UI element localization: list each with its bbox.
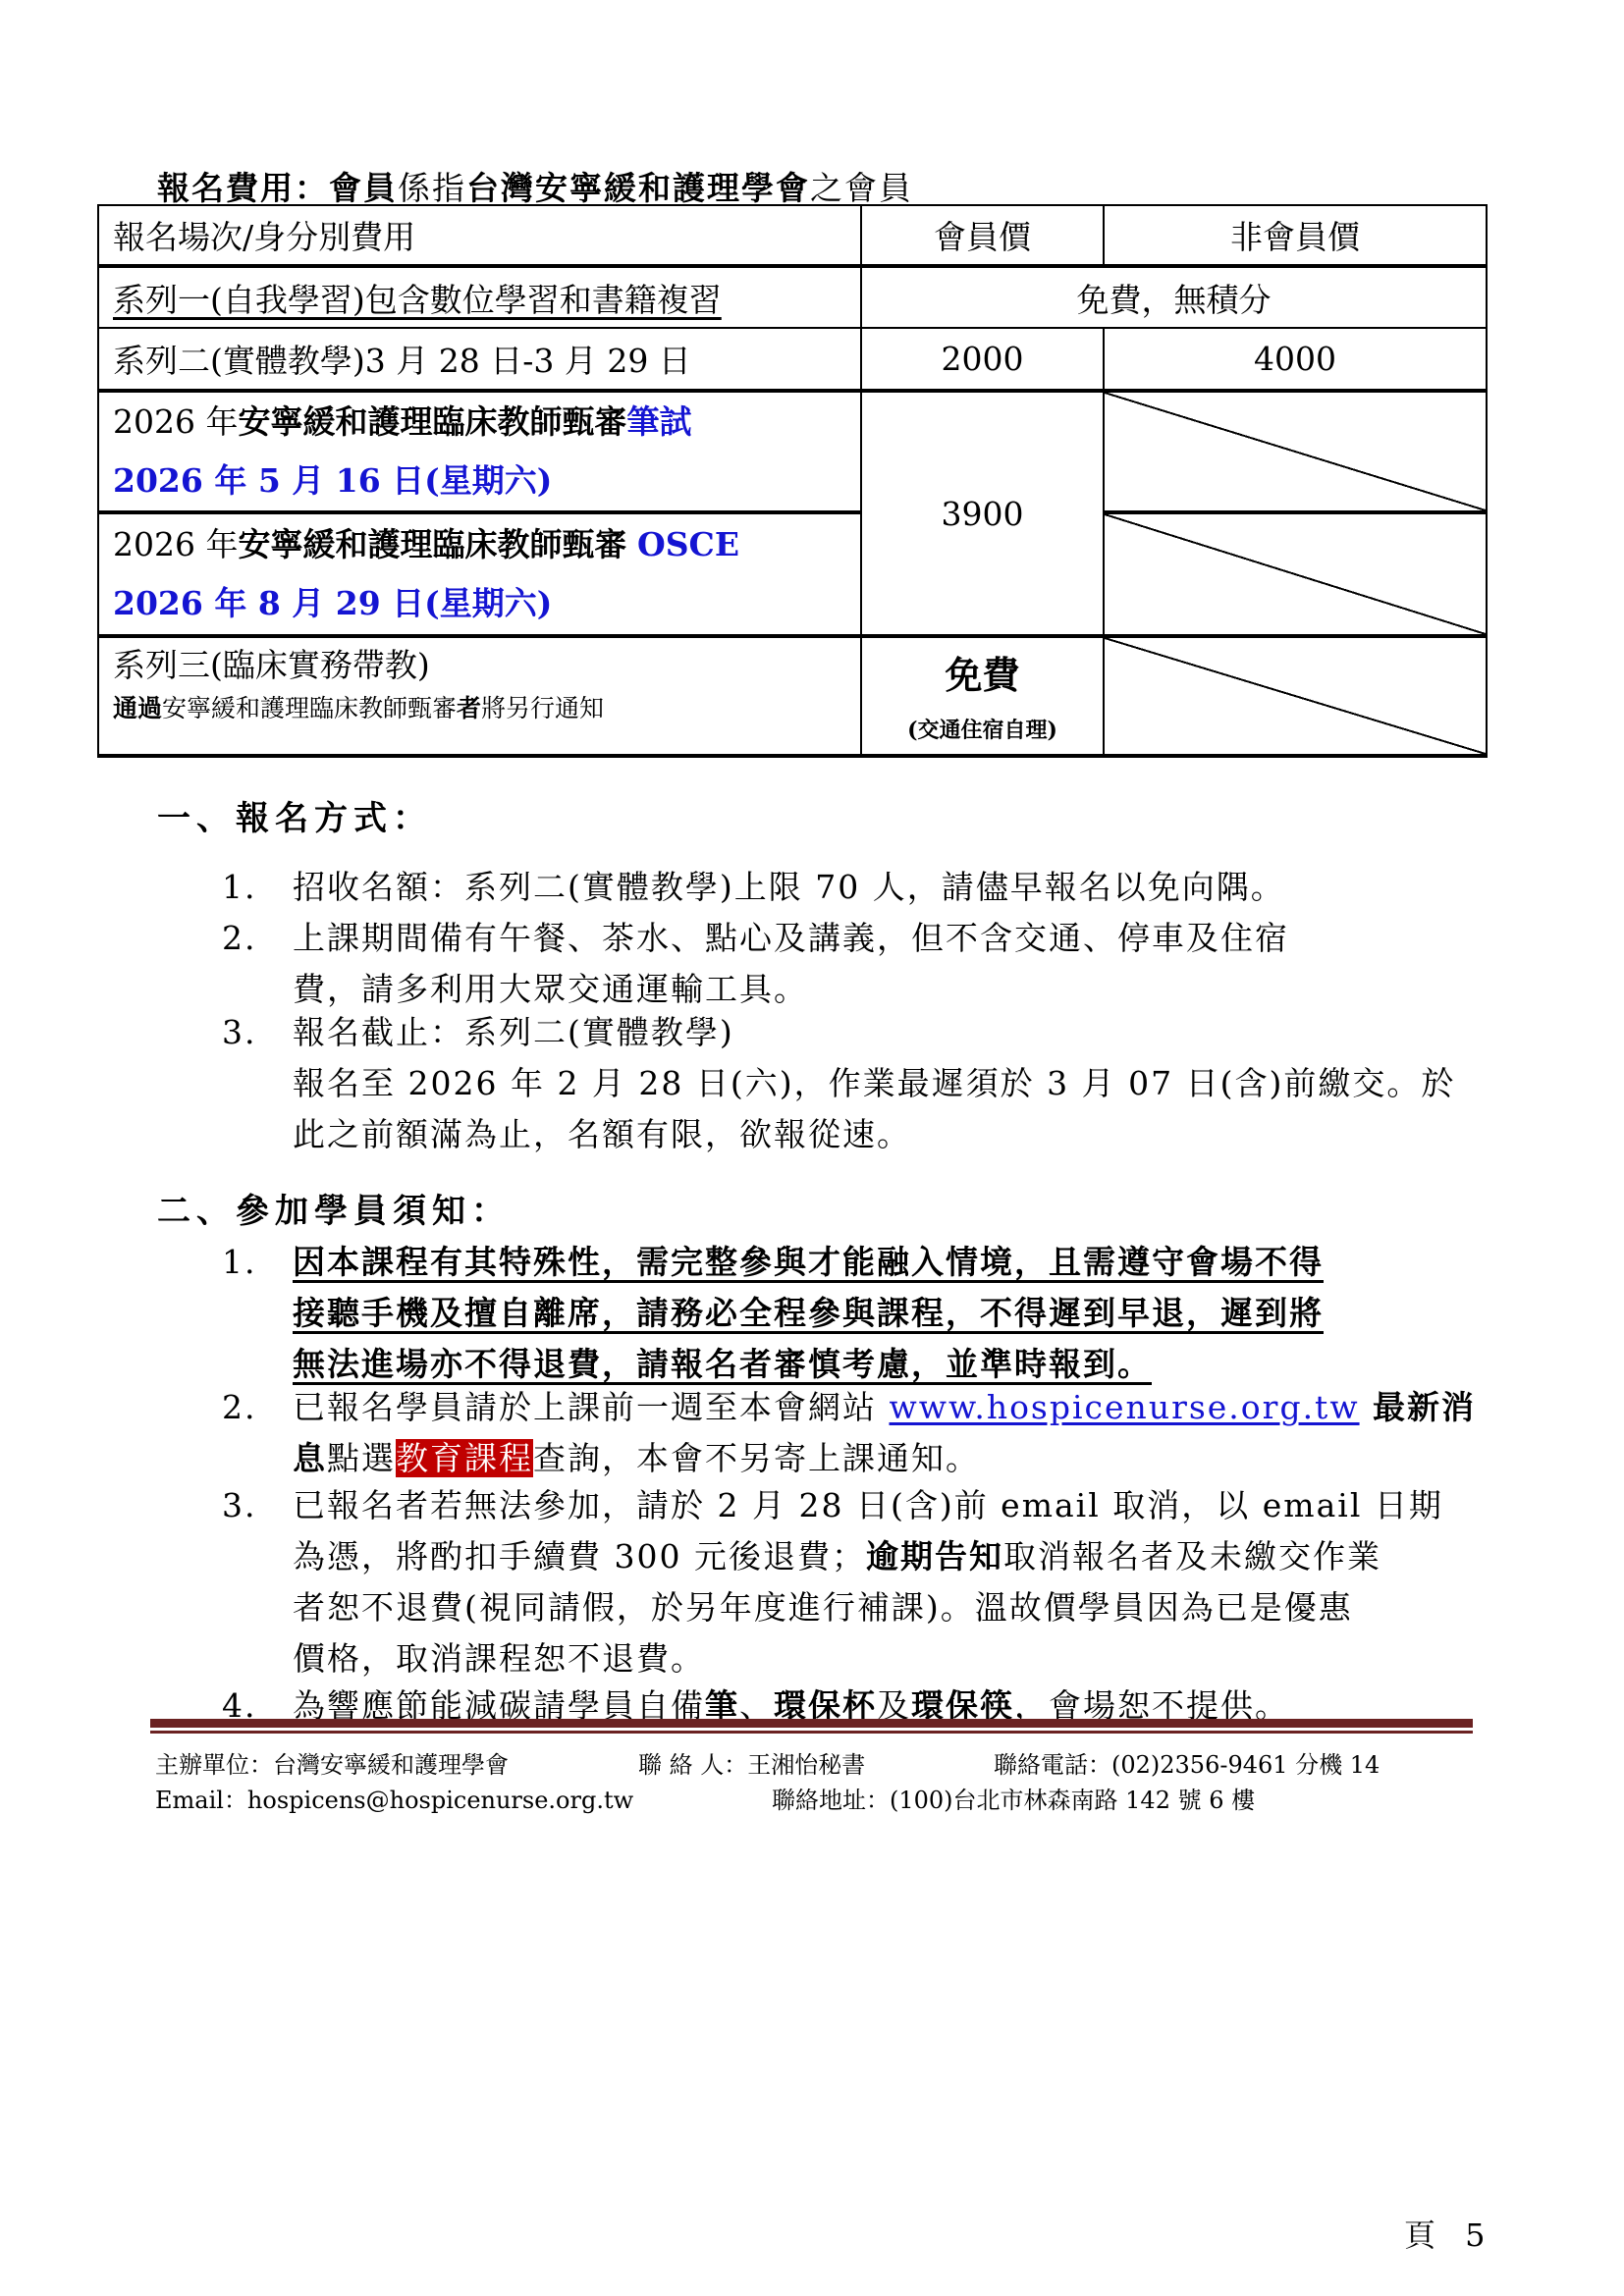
item-number: 3. (222, 1007, 257, 1058)
fee-title-mid: 係指 (398, 169, 466, 207)
fee-title-tail: 之會員 (810, 169, 913, 207)
exam-written-name: 安寧緩和護理臨床教師甄審 (238, 402, 626, 441)
table-row-exam-osce: 2026 年安寧緩和護理臨床教師甄審 OSCE 2026 年 8 月 29 日(… (98, 512, 1487, 636)
fee-title: 報名費用：會員係指台灣安寧緩和護理學會之會員 (157, 163, 913, 209)
footer-rule-thick (150, 1719, 1473, 1728)
item-text-line1: 報名截止：系列二(實體教學) (293, 1007, 734, 1058)
item-text-line2: 報名至 2026 年 2 月 28 日(六)，作業最遲須於 3 月 07 日(含… (293, 1058, 1455, 1109)
series2-non-member-price: 4000 (1104, 328, 1487, 391)
table-header-row: 報名場次/身分別費用 會員價 非會員價 (98, 205, 1487, 266)
footer-rule-thin (150, 1731, 1473, 1734)
series3-non-member-na (1104, 636, 1487, 756)
header-non-member-price: 非會員價 (1104, 205, 1487, 266)
item-text-line1: 上課期間備有午餐、茶水、點心及講義，但不含交通、停車及住宿 (293, 913, 1289, 964)
series3-note: 通過安寧緩和護理臨床教師甄審者將另行通知 (113, 689, 846, 728)
item-number: 1. (222, 1237, 257, 1288)
table-row-series2: 系列二(實體教學)3 月 28 日-3 月 29 日 2000 4000 (98, 328, 1487, 391)
footer-contact-person: 聯 絡 人：王湘怡秘書 (638, 1745, 865, 1780)
item3-line2-post: 取消報名者及未繳交作業 (1003, 1537, 1381, 1575)
exam-osce-title: 2026 年安寧緩和護理臨床教師甄審 OSCE (113, 515, 846, 574)
series1-price: 免費，無積分 (861, 266, 1487, 328)
exam-written-title: 2026 年安寧緩和護理臨床教師甄審筆試 (113, 393, 846, 452)
exam-osce-type: OSCE (637, 525, 739, 563)
item-number: 3. (222, 1480, 257, 1531)
exam-osce-year: 2026 年 (113, 525, 238, 563)
series3-note-mid: 安寧緩和護理臨床教師甄審 (162, 694, 457, 722)
footer-address: 聯絡地址：(100)台北市林森南路 142 號 6 樓 (772, 1781, 1255, 1815)
footer-organizer: 主辦單位：台灣安寧緩和護理學會 (155, 1745, 509, 1780)
section2-item-2: 2. 已報名學員請於上課前一週至本會網站 www.hospicenurse.or… (222, 1382, 1498, 1484)
website-link[interactable]: www.hospicenurse.org.tw (890, 1388, 1360, 1426)
item-text-line1: 已報名者若無法參加，請於 2 月 28 日(含)前 email 取消，以 ema… (293, 1480, 1443, 1531)
education-course-highlight: 教育課程 (396, 1439, 533, 1477)
fee-title-org: 台灣安寧緩和護理學會 (466, 169, 810, 207)
item2-mid: 點選 (327, 1439, 396, 1477)
exam-osce-non-member-na (1104, 512, 1487, 636)
series3-note-bold2: 者 (457, 694, 481, 722)
table-row-series1: 系列一(自我學習)包含數位學習和書籍複習 免費，無積分 (98, 266, 1487, 328)
item2-post: 查詢，本會不另寄上課通知。 (533, 1439, 980, 1477)
item-text-line2: 息點選教育課程查詢，本會不另寄上課通知。 (293, 1433, 980, 1484)
series2-member-price: 2000 (861, 328, 1104, 391)
item2-bold1: 最新消 (1360, 1388, 1477, 1426)
item-number: 2. (222, 913, 257, 964)
item-text-line1: 因本課程有其特殊性，需完整參與才能融入情境，且需遵守會場不得 (293, 1237, 1324, 1288)
series2-label: 系列二(實體教學)3 月 28 日-3 月 29 日 (98, 328, 861, 391)
exam-written-type: 筆試 (626, 402, 691, 441)
exam-written-date: 2026 年 5 月 16 日(星期六) (113, 452, 846, 510)
footer-email: Email：hospicens@hospicenurse.org.tw (155, 1781, 633, 1815)
exam-written-non-member-na (1104, 391, 1487, 512)
item2-pre: 已報名學員請於上課前一週至本會網站 (293, 1388, 890, 1426)
section2-item-1: 1. 因本課程有其特殊性，需完整參與才能融入情境，且需遵守會場不得 接聽手機及擅… (222, 1237, 1498, 1390)
item3-line2-bold: 逾期告知 (866, 1537, 1003, 1575)
page-number: 頁 5 (1404, 2211, 1495, 2256)
item-text-line1: 已報名學員請於上課前一週至本會網站 www.hospicenurse.org.t… (293, 1382, 1476, 1433)
exam-osce-date: 2026 年 8 月 29 日(星期六) (113, 574, 846, 633)
exam-written-year: 2026 年 (113, 402, 238, 441)
item-text-line2: 接聽手機及擅自離席，請務必全程參與課程，不得遲到早退，遲到將 (293, 1288, 1324, 1339)
table-row-series3: 系列三(臨床實務帶教) 通過安寧緩和護理臨床教師甄審者將另行通知 免費 (交通住… (98, 636, 1487, 756)
item3-line2-pre: 為憑，將酌扣手續費 300 元後退費； (293, 1537, 866, 1575)
exam-osce-name: 安寧緩和護理臨床教師甄審 (238, 525, 626, 563)
table-row-exam-written: 2026 年安寧緩和護理臨床教師甄審筆試 2026 年 5 月 16 日(星期六… (98, 391, 1487, 512)
item2-bold2: 息 (293, 1439, 327, 1477)
item-number: 2. (222, 1382, 257, 1433)
item-text-line4: 價格，取消課程恕不退費。 (293, 1633, 705, 1684)
series3-price: 免費 (876, 648, 1089, 703)
item-text-line2: 為憑，將酌扣手續費 300 元後退費；逾期告知取消報名者及未繳交作業 (293, 1531, 1381, 1582)
header-session: 報名場次/身分別費用 (98, 205, 861, 266)
series3-note-tail: 將另行通知 (481, 694, 604, 722)
series3-note-bold1: 通過 (113, 694, 162, 722)
series3-price-note: (交通住宿自理) (876, 711, 1089, 750)
exam-member-price: 3900 (861, 391, 1104, 636)
fee-table: 報名場次/身分別費用 會員價 非會員價 系列一(自我學習)包含數位學習和書籍複習… (97, 204, 1488, 758)
item-text-line3: 者恕不退費(視同請假，於另年度進行補課)。溫故價學員因為已是優惠 (293, 1582, 1353, 1633)
fee-title-label: 報名費用：會員 (157, 169, 398, 207)
section2-item-3: 3. 已報名者若無法參加，請於 2 月 28 日(含)前 email 取消，以 … (222, 1480, 1498, 1684)
series3-label: 系列三(臨床實務帶教) (113, 642, 846, 689)
item-number: 1. (222, 862, 257, 913)
section1-item-1: 1. 招收名額：系列二(實體教學)上限 70 人，請儘早報名以免向隅。 (222, 862, 1498, 913)
section1-item-2: 2. 上課期間備有午餐、茶水、點心及講義，但不含交通、停車及住宿 費，請多利用大… (222, 913, 1498, 1015)
section1-item-3: 3. 報名截止：系列二(實體教學) 報名至 2026 年 2 月 28 日(六)… (222, 1007, 1498, 1160)
series1-label: 系列一(自我學習)包含數位學習和書籍複習 (113, 281, 722, 319)
header-member-price: 會員價 (861, 205, 1104, 266)
footer-phone: 聯絡電話：(02)2356-9461 分機 14 (994, 1745, 1380, 1780)
section1-heading: 一、報名方式： (157, 791, 432, 839)
section2-heading: 二、參加學員須知： (157, 1184, 511, 1232)
item-text: 招收名額：系列二(實體教學)上限 70 人，請儘早報名以免向隅。 (293, 862, 1285, 913)
item-text-line3: 此之前額滿為止，名額有限，欲報從速。 (293, 1109, 911, 1160)
